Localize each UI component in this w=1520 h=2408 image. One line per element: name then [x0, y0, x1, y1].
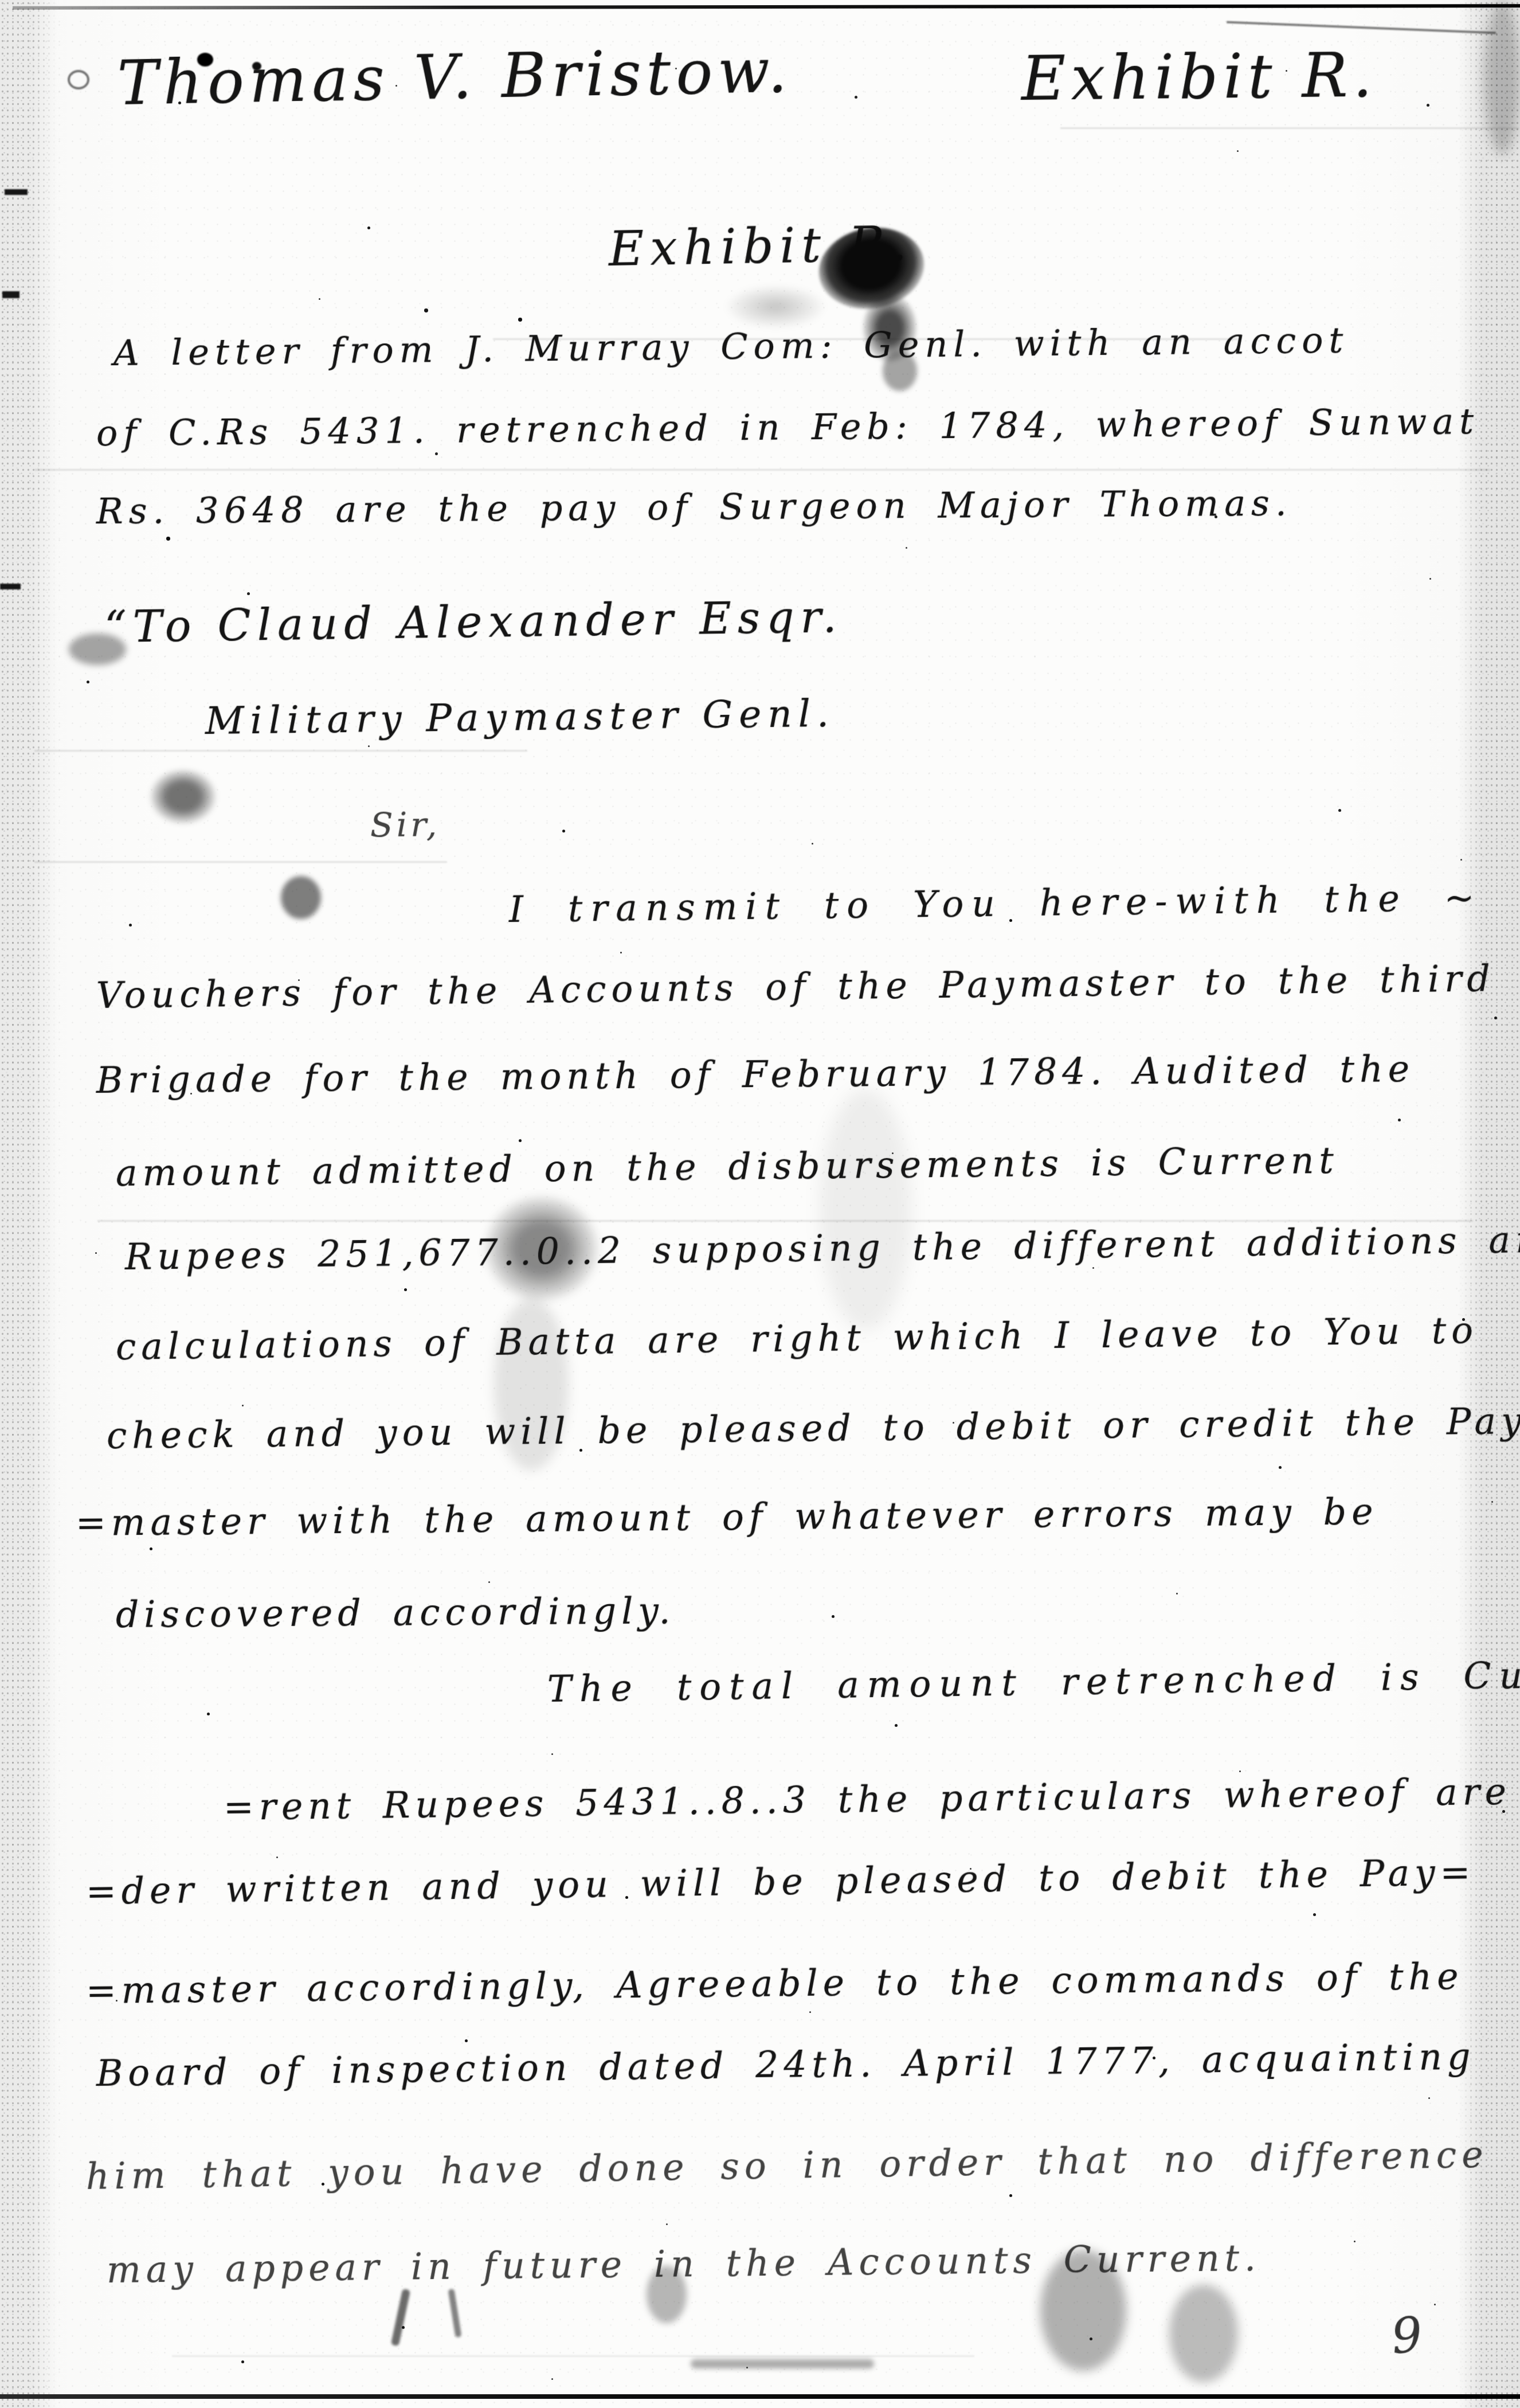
stain: [150, 769, 216, 824]
body-line: =rent Rupees 5431..8..3 the particulars …: [224, 1770, 1520, 1827]
body-line: =master with the amount of whatever erro…: [76, 1492, 1378, 1543]
summary-line: Rs. 3648 are the pay of Surgeon Major Th…: [96, 483, 1292, 531]
stray-stroke: [448, 2289, 461, 2338]
fold-line: [1060, 127, 1519, 129]
body-line: I transmit to You here-with the ~: [509, 878, 1483, 929]
body-line: check and you will be pleased to debit o…: [107, 1401, 1520, 1456]
body-line: Board of inspection dated 24th. April 17…: [96, 2037, 1476, 2094]
summary-line: A letter from J. Murray Com: Genl. with …: [113, 320, 1349, 373]
stain-faint-column: [820, 1089, 911, 1330]
stray-stroke: [391, 2289, 410, 2347]
address-line-title: Military Paymaster Genl.: [205, 693, 836, 742]
scan-edge-tick: [5, 189, 28, 195]
page-number: 9: [1389, 2308, 1424, 2364]
body-line: Vouchers for the Accounts of the Paymast…: [96, 959, 1495, 1015]
body-line: =der written and you will be pleased to …: [86, 1852, 1476, 1911]
ink-blot-drip: [863, 294, 917, 362]
scan-speckle-noise: [0, 0, 2, 2]
scan-edge-tick: [2, 291, 19, 298]
scan-rule-top: [13, 4, 1520, 10]
scanned-letter-page: Thomas V. Bristow. Exhibit R. Exhibit R.…: [0, 0, 1520, 2408]
body-line: The total amount retrenched is Cur=: [547, 1655, 1520, 1710]
docket-name: Thomas V. Bristow.: [117, 37, 793, 117]
body-line: =master accordingly, Agreeable to the co…: [86, 1957, 1464, 2011]
fold-line: [34, 861, 447, 863]
ink-ring: [68, 70, 89, 89]
body-line: him that you have done so in order that …: [85, 2135, 1488, 2197]
smudge: [727, 286, 824, 328]
body-line: discovered accordingly.: [116, 1591, 676, 1635]
stain: [281, 876, 321, 919]
scratch-mark-top-right: [1227, 21, 1496, 34]
smudge-dash: [691, 2359, 874, 2368]
body-line: calculations of Batta are right which I …: [116, 1311, 1479, 1367]
scan-corner-shadow: [1484, 0, 1520, 155]
fold-line: [34, 750, 527, 752]
salutation: Sir,: [370, 807, 441, 844]
body-line: Rupees 251,677..0..2 supposing the diffe…: [125, 1219, 1520, 1277]
fold-line: [34, 469, 1490, 471]
summary-line: of C.Rs 5431. retrenched in Feb: 1784, w…: [96, 402, 1480, 453]
body-line: amount admitted on the disbursements is …: [116, 1141, 1339, 1194]
body-line: Brigade for the month of February 1784. …: [96, 1049, 1415, 1100]
fold-line: [97, 1220, 1473, 1222]
docket-exhibit-label: Exhibit R.: [1021, 42, 1377, 113]
address-line-recipient: “To Claud Alexander Esqr.: [104, 593, 843, 651]
fold-line: [172, 2355, 974, 2357]
scan-edge-tick: [0, 584, 21, 589]
scan-rule-bottom: [0, 2394, 1520, 2399]
scan-edge-left-band: [0, 0, 57, 2408]
smudge-bottom: [1169, 2285, 1238, 2382]
